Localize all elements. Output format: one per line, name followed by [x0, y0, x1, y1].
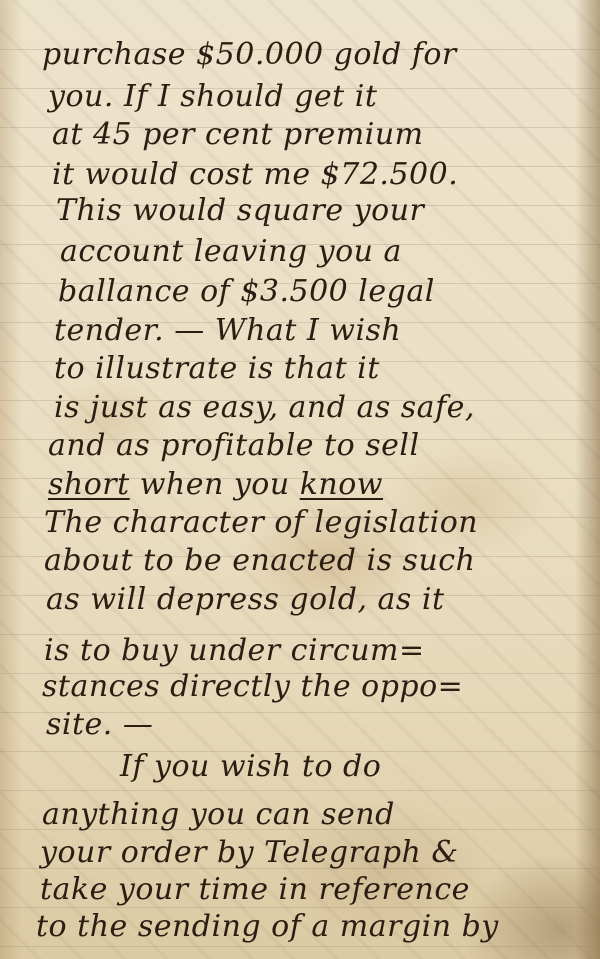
- text-line: to illustrate is that it: [54, 354, 380, 384]
- text-line: at 45 per cent premium: [52, 120, 424, 150]
- word: [224, 467, 234, 502]
- text-line: it would cost me $72.500.: [52, 160, 458, 190]
- word: when: [140, 467, 224, 502]
- text-line: ballance of $3.500 legal: [58, 277, 435, 307]
- text-line: you. If I should get it: [48, 82, 377, 112]
- text-line: anything you can send: [42, 800, 395, 830]
- text-line: purchase $50.000 gold for: [42, 40, 457, 70]
- text-line: This would square your: [56, 196, 424, 226]
- text-line: as will depress gold, as it: [46, 585, 445, 615]
- text-line: account leaving you a: [60, 237, 402, 267]
- underlined-word: know: [300, 467, 383, 502]
- text-line: If you wish to do: [120, 752, 381, 782]
- text-line: is just as easy, and as safe,: [54, 393, 475, 423]
- text-line: about to be enacted is such: [44, 546, 475, 576]
- text-line: short when you know: [48, 470, 383, 500]
- text-line: and as profitable to sell: [48, 431, 420, 461]
- text-line: take your time in reference: [40, 875, 470, 905]
- letter-page: purchase $50.000 gold foryou. If I shoul…: [0, 0, 600, 959]
- text-line: is to buy under circum=: [44, 636, 425, 666]
- text-line: site. —: [46, 710, 153, 740]
- text-line: your order by Telegraph &: [40, 838, 459, 868]
- word: you: [234, 467, 290, 502]
- text-line: to the sending of a margin by: [36, 912, 499, 942]
- text-line: tender. — What I wish: [54, 316, 401, 346]
- text-line: stances directly the oppo=: [42, 672, 463, 702]
- word: [130, 467, 140, 502]
- underlined-word: short: [48, 467, 130, 502]
- text-line: The character of legislation: [44, 508, 478, 538]
- word: [290, 467, 300, 502]
